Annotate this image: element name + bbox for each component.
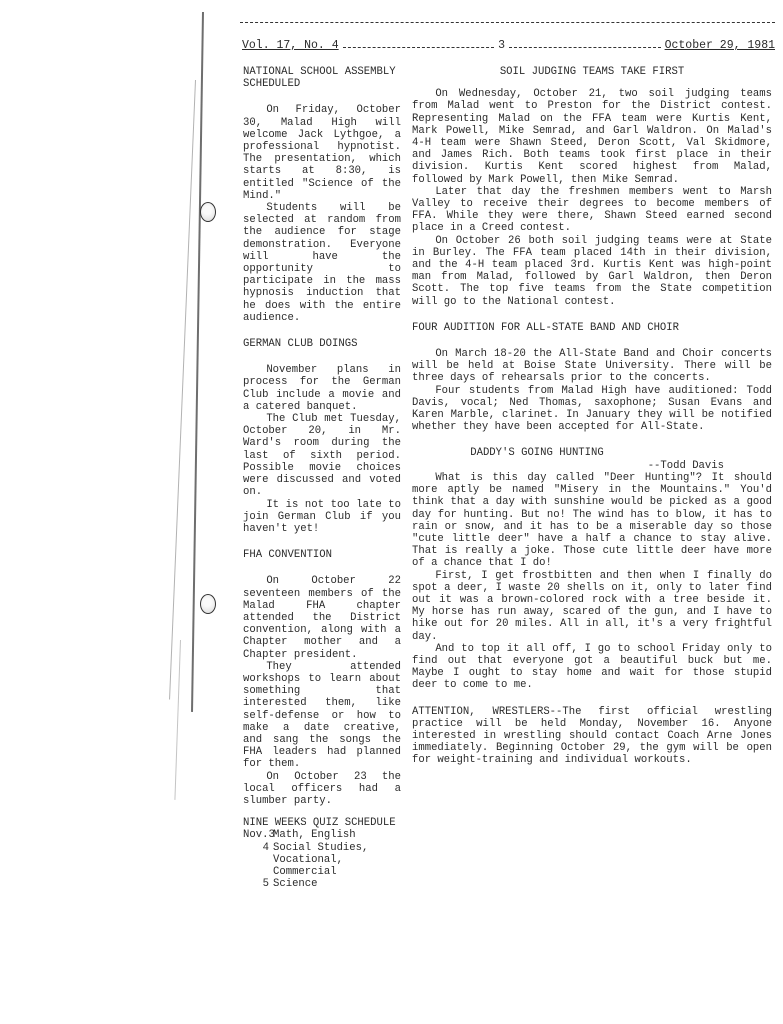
quiz-row: Nov.3 Math, English xyxy=(243,829,401,841)
article-paragraph: On March 18-20 the All-State Band and Ch… xyxy=(412,348,772,385)
quiz-day: 4 xyxy=(243,842,273,879)
article-paragraph: ATTENTION, WRESTLERS--The first official… xyxy=(412,706,772,767)
masthead-dashes xyxy=(509,38,661,48)
article-paragraph: Students will be selected at random from… xyxy=(243,202,401,324)
article-all-state: FOUR AUDITION FOR ALL-STATE BAND AND CHO… xyxy=(412,322,772,434)
quiz-row: 4 Social Studies, Vocational, Commercial xyxy=(243,842,401,879)
article-headline: NATIONAL SCHOOL ASSEMBLY SCHEDULED xyxy=(243,66,401,90)
article-headline: FHA CONVENTION xyxy=(243,549,401,561)
article-byline: --Todd Davis xyxy=(412,460,772,472)
quiz-day: 5 xyxy=(243,878,273,890)
quiz-row: 5 Science xyxy=(243,878,401,890)
article-paragraph: It is not too late to join German Club i… xyxy=(243,499,401,536)
left-column: NATIONAL SCHOOL ASSEMBLY SCHEDULED On Fr… xyxy=(243,66,401,890)
article-headline: DADDY'S GOING HUNTING xyxy=(412,447,772,459)
article-headline: GERMAN CLUB DOINGS xyxy=(243,338,401,350)
article-paragraph: What is this day called "Deer Hunting"? … xyxy=(412,472,772,570)
page-number: 3 xyxy=(498,39,505,52)
punch-hole-icon xyxy=(200,594,216,614)
article-hunting: DADDY'S GOING HUNTING --Todd Davis What … xyxy=(412,447,772,691)
article-german-club: GERMAN CLUB DOINGS November plans in pro… xyxy=(243,338,401,535)
article-fha: FHA CONVENTION On October 22 seventeen m… xyxy=(243,549,401,807)
quiz-subjects: Math, English xyxy=(273,829,401,841)
article-paragraph: On Friday, October 30, Malad High will w… xyxy=(243,104,401,202)
article-headline: FOUR AUDITION FOR ALL-STATE BAND AND CHO… xyxy=(412,322,772,334)
masthead: Vol. 17, No. 4 3 October 29, 1981 xyxy=(242,38,775,56)
punch-hole-icon xyxy=(200,202,216,222)
article-soil-judging: SOIL JUDGING TEAMS TAKE FIRST On Wednesd… xyxy=(412,66,772,308)
quiz-subjects: Science xyxy=(273,878,401,890)
article-paragraph: Four students from Malad High have audit… xyxy=(412,385,772,434)
newsletter-page: Vol. 17, No. 4 3 October 29, 1981 NATION… xyxy=(0,0,783,1024)
article-headline: NINE WEEKS QUIZ SCHEDULE xyxy=(243,817,401,829)
article-paragraph: November plans in process for the German… xyxy=(243,364,401,413)
article-paragraph: Later that day the freshmen members went… xyxy=(412,186,772,235)
article-paragraph: On October 26 both soil judging teams we… xyxy=(412,235,772,308)
volume-number: Vol. 17, No. 4 xyxy=(242,39,339,52)
right-column: SOIL JUDGING TEAMS TAKE FIRST On Wednesd… xyxy=(412,66,772,767)
top-dashed-rule xyxy=(240,22,775,23)
article-paragraph: They attended workshops to learn about s… xyxy=(243,661,401,771)
article-paragraph: First, I get frostbitten and then when I… xyxy=(412,570,772,643)
article-paragraph: On Wednesday, October 21, two soil judgi… xyxy=(412,88,772,186)
quiz-subjects: Social Studies, Vocational, Commercial xyxy=(273,842,401,879)
article-paragraph: On October 23 the local officers had a s… xyxy=(243,771,401,808)
wrestlers-lead: ATTENTION, WRESTLERS-- xyxy=(412,706,562,718)
article-wrestlers: ATTENTION, WRESTLERS--The first official… xyxy=(412,706,772,767)
article-paragraph: And to top it all off, I go to school Fr… xyxy=(412,643,772,692)
binding-line-lower xyxy=(174,640,181,800)
article-assembly: NATIONAL SCHOOL ASSEMBLY SCHEDULED On Fr… xyxy=(243,66,401,324)
quiz-schedule: NINE WEEKS QUIZ SCHEDULE Nov.3 Math, Eng… xyxy=(243,817,401,890)
quiz-month: Nov. xyxy=(243,829,268,841)
article-headline: SOIL JUDGING TEAMS TAKE FIRST xyxy=(412,66,772,78)
masthead-dashes xyxy=(343,38,495,48)
article-paragraph: On October 22 seventeen members of the M… xyxy=(243,575,401,660)
article-paragraph: The Club met Tuesday, October 20, in Mr.… xyxy=(243,413,401,498)
issue-date: October 29, 1981 xyxy=(665,39,775,52)
